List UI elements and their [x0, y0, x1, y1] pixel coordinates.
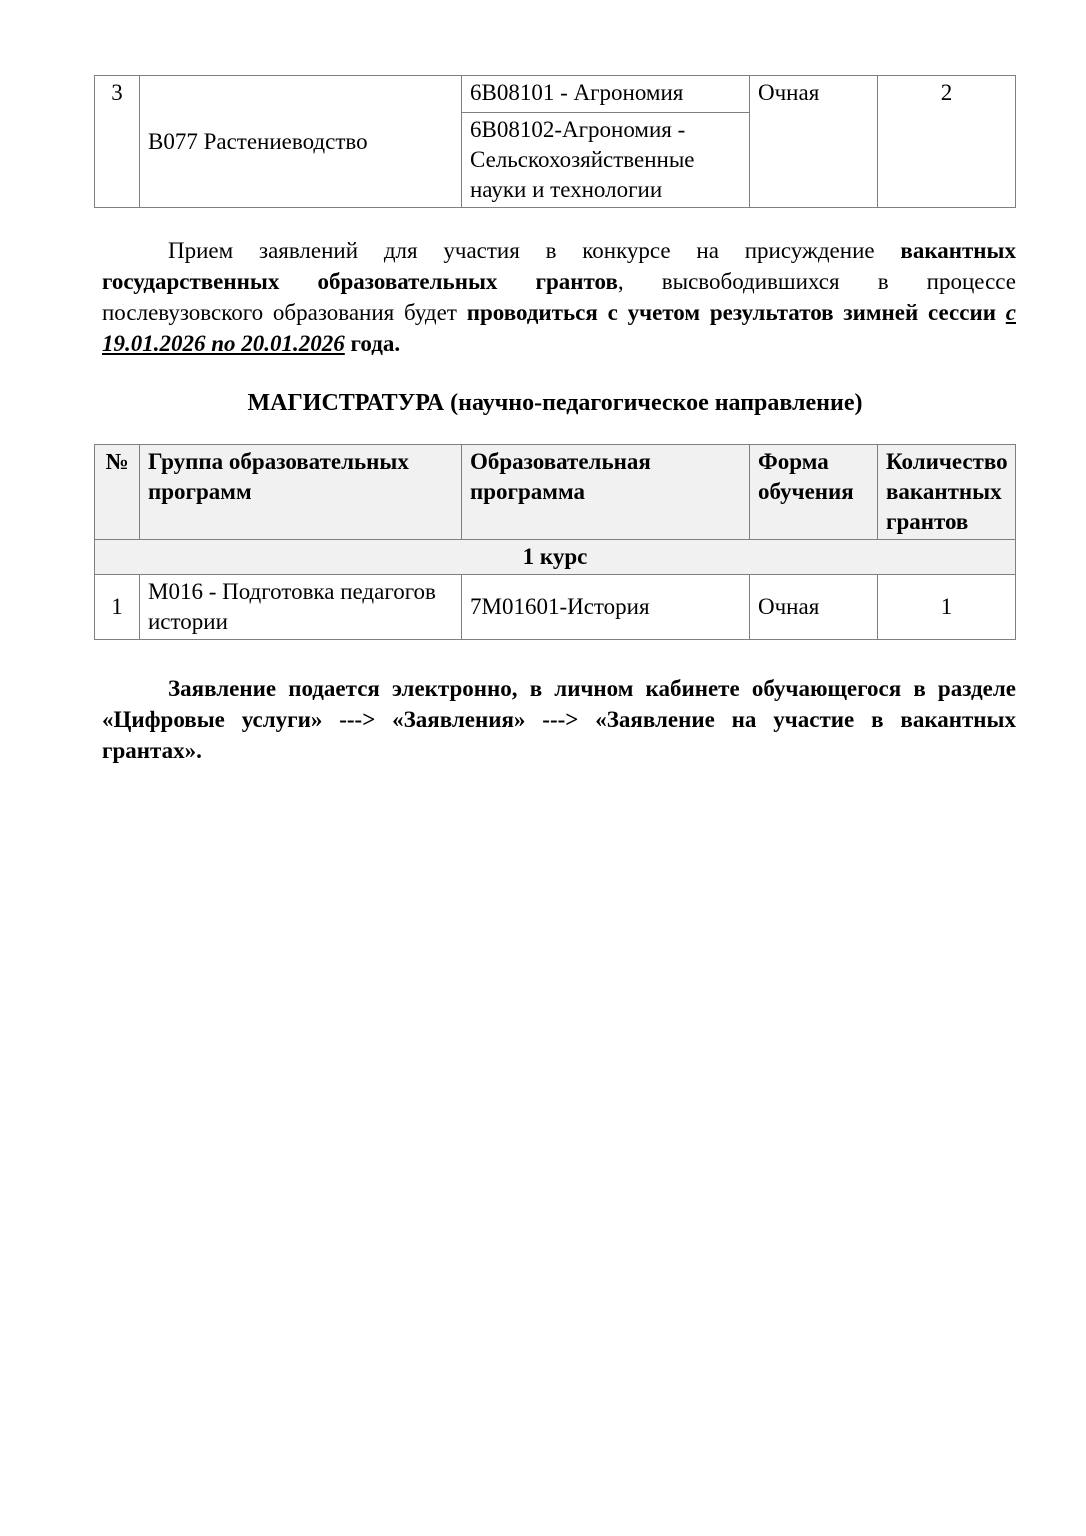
- program-group-cell: М016 - Подготовка педагогов истории: [140, 575, 462, 640]
- education-program-cell-1: 6В08101 - Агрономия: [462, 76, 750, 113]
- column-header-program: Образовательная программа: [462, 445, 750, 540]
- column-header-number: №: [95, 445, 140, 540]
- magistratura-grants-table: № Группа образовательных программ Образо…: [94, 444, 1016, 640]
- paragraph-text-bold: года.: [345, 331, 400, 356]
- document-page: 3 В077 Растениеводство 6В08101 - Агроном…: [0, 0, 1086, 1536]
- course-divider-row: 1 курс: [95, 540, 1016, 575]
- table-header-row: № Группа образовательных программ Образо…: [95, 445, 1016, 540]
- bachelor-grants-table-fragment: 3 В077 Растениеводство 6В08101 - Агроном…: [94, 75, 1016, 208]
- study-form-cell: Очная: [750, 575, 878, 640]
- column-header-group: Группа образовательных программ: [140, 445, 462, 540]
- paragraph-text-bold: проводиться с учетом результатов зимней …: [467, 300, 1006, 325]
- admission-paragraph: Прием заявлений для участия в конкурсе н…: [102, 235, 1016, 359]
- table-row: 3 В077 Растениеводство 6В08101 - Агроном…: [95, 76, 1016, 113]
- grant-count-cell: 1: [878, 575, 1016, 640]
- row-number-cell: 1: [95, 575, 140, 640]
- paragraph-text-bold: Заявление подается электронно, в личном …: [102, 676, 1016, 763]
- column-header-form: Форма обучения: [750, 445, 878, 540]
- grant-count-cell: 2: [878, 76, 1016, 208]
- paragraph-text: Прием заявлений для участия в конкурсе н…: [168, 238, 900, 263]
- row-number-cell: 3: [95, 76, 140, 208]
- column-header-grants: Количество вакантных грантов: [878, 445, 1016, 540]
- course-label-cell: 1 курс: [95, 540, 1016, 575]
- education-program-cell-2: 6В08102-Агрономия - Сельскохозяйственные…: [462, 113, 750, 208]
- table-row: 1 М016 - Подготовка педагогов истории 7М…: [95, 575, 1016, 640]
- application-paragraph: Заявление подается электронно, в личном …: [102, 673, 1016, 766]
- education-program-cell: 7М01601-История: [462, 575, 750, 640]
- section-heading-magistratura: МАГИСТРАТУРА (научно-педагогическое напр…: [94, 388, 1016, 419]
- program-group-cell: В077 Растениеводство: [140, 76, 462, 208]
- study-form-cell: Очная: [750, 76, 878, 208]
